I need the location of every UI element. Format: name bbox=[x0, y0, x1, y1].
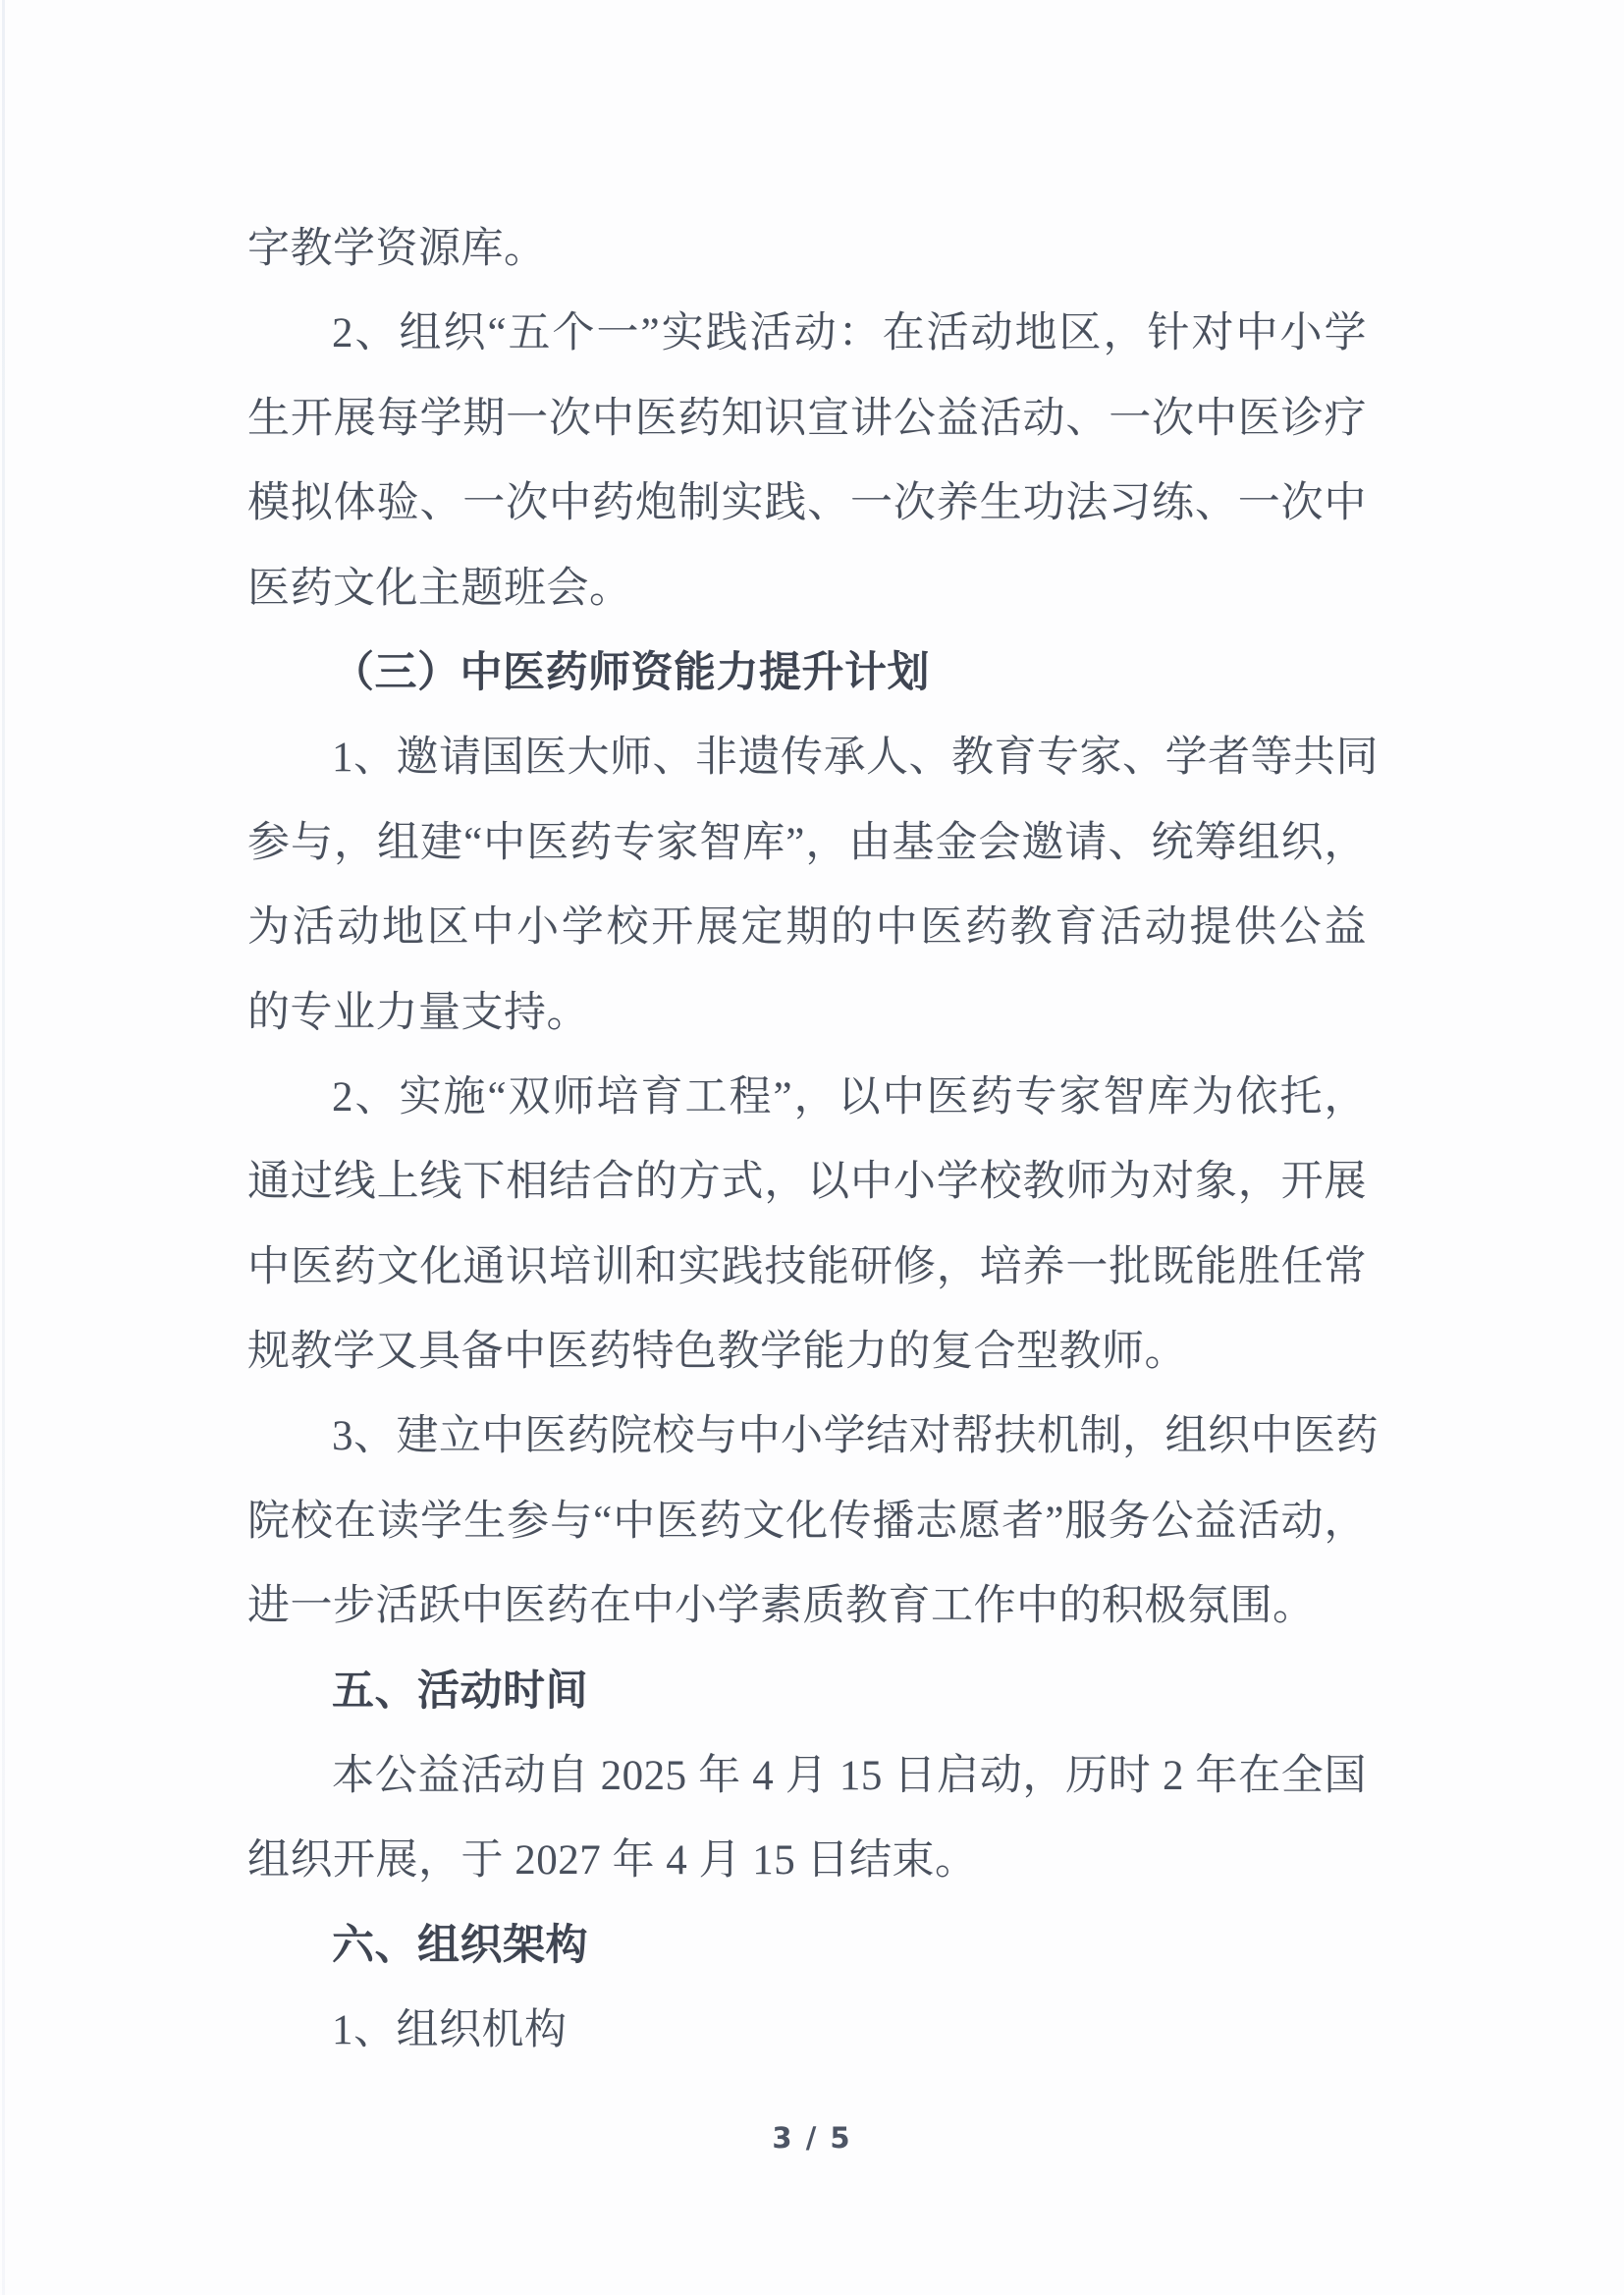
paragraph-line: 为活动地区中小学校开展定期的中医药教育活动提供公益 bbox=[247, 886, 1367, 970]
page-footer: 3 / 5 bbox=[0, 2121, 1624, 2155]
paragraph-line: 进一步活跃中医药在中小学素质教育工作中的积极氛围。 bbox=[247, 1564, 1367, 1649]
paragraph-line: 1、组织机构 bbox=[247, 1989, 1367, 2073]
paragraph-line: 模拟体验、一次中药炮制实践、一次养生功法习练、一次中 bbox=[247, 462, 1367, 546]
paragraph-line: 2、实施“双师培育工程”，以中医药专家智库为依托， bbox=[247, 1056, 1367, 1140]
paragraph-line: 生开展每学期一次中医药知识宣讲公益活动、一次中医诊疗 bbox=[247, 377, 1367, 462]
document-page: 字教学资源库。 2、组织“五个一”实践活动：在活动地区，针对中小学 生开展每学期… bbox=[0, 0, 1624, 2295]
paragraph-line: 本公益活动自 2025 年 4 月 15 日启动，历时 2 年在全国 bbox=[247, 1734, 1367, 1819]
paragraph-line: 的专业力量支持。 bbox=[247, 971, 1367, 1056]
paragraph-line: 2、组织“五个一”实践活动：在活动地区，针对中小学 bbox=[247, 292, 1367, 376]
paragraph-line: 通过线上线下相结合的方式，以中小学校教师为对象，开展 bbox=[247, 1140, 1367, 1225]
paragraph-line: 3、建立中医药院校与中小学结对帮扶机制，组织中医药 bbox=[247, 1394, 1367, 1479]
page-number: 3 / 5 bbox=[772, 2121, 851, 2155]
paragraph-line: 字教学资源库。 bbox=[247, 207, 1367, 292]
document-body: 字教学资源库。 2、组织“五个一”实践活动：在活动地区，针对中小学 生开展每学期… bbox=[247, 207, 1367, 2074]
paragraph-line: 1、邀请国医大师、非遗传承人、教育专家、学者等共同 bbox=[247, 716, 1367, 800]
paragraph-line: 院校在读学生参与“中医药文化传播志愿者”服务公益活动， bbox=[247, 1480, 1367, 1564]
scan-edge-artifact bbox=[2, 0, 5, 2295]
paragraph-line: 组织开展，于 2027 年 4 月 15 日结束。 bbox=[247, 1819, 1367, 1903]
paragraph-line: 参与，组建“中医药专家智库”，由基金会邀请、统筹组织， bbox=[247, 801, 1367, 886]
paragraph-line: 规教学又具备中医药特色教学能力的复合型教师。 bbox=[247, 1310, 1367, 1394]
section-heading: （三）中医药师资能力提升计划 bbox=[247, 631, 1367, 716]
paragraph-line: 医药文化主题班会。 bbox=[247, 547, 1367, 631]
paragraph-line: 中医药文化通识培训和实践技能研修，培养一批既能胜任常 bbox=[247, 1226, 1367, 1310]
section-heading: 六、组织架构 bbox=[247, 1904, 1367, 1989]
section-heading: 五、活动时间 bbox=[247, 1650, 1367, 1734]
